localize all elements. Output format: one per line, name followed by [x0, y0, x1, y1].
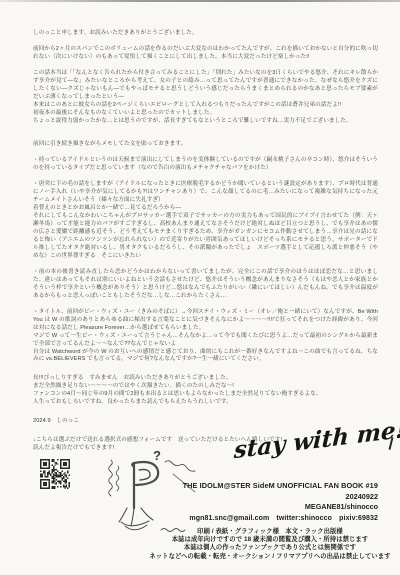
fanbook-date: 20240922 — [183, 492, 378, 501]
fanbook-title: THE IDOLM@STER SideM UNOFFICIAL FAN BOOK… — [183, 481, 378, 490]
afterword-text: しのっこと申します。お読みいただきありがとうございました。 前回から2ヶ月のスパ… — [33, 30, 378, 461]
colophon-notices: 印刷 / 表紙・グラフィック様 本文・ラック出版様 本誌は成年向けですので 18… — [140, 528, 400, 561]
memo-bullet: ・前の本の後書き読み直したら恋かどうかはわからないって書いてましたが、完全にこの… — [33, 269, 378, 301]
qr-code — [40, 459, 70, 489]
greeting-paragraph: しのっこと申します。お読みいただきありがとうございました。 — [33, 30, 378, 38]
memo-bullet: ・唐突に下の毛の話をしますが（アイドルになったときに医療脱毛するかどうか聞いてい… — [33, 181, 378, 261]
circle-credit: MEGANE81/shinocco — [189, 502, 378, 511]
contact-info: mgn81.snc@gmail.com twitter:shinocco pix… — [189, 513, 378, 523]
afterword-page: しのっこと申します。お読みいただきありがとうございました。 前回から2ヶ月のスパ… — [0, 0, 400, 575]
circle-meta: MEGANE81/shinocco mgn81.snc@gmail.com tw… — [189, 502, 378, 523]
closing-paragraph: 長!!!びっしりすぎる すみません お読みいただきありがとうございました。 まだ… — [33, 375, 378, 407]
question-mark: ? — [153, 448, 161, 463]
intro-paragraph: 前回から2ヶ月のスパンでこのボリュームの話を作るのだいぶ大変なのはわかってたんで… — [33, 46, 378, 62]
memo-bullet: ・タイトル、前回がビー・ウィズ・ユー（きみのそばに）→今回ステイ・ウィズ・ミー（… — [33, 309, 378, 365]
story-notes-paragraph: この話本当は「「なんとなく告られたから付き合ってみることにした」「別れた」みたい… — [33, 70, 378, 126]
scribble-note-right — [165, 461, 195, 471]
memo-intro: 前回に引き続き描きながらメモしてた文を貼っておきます。 — [33, 141, 378, 149]
notice-line: ネットなどへの転載・転売・オークション / フリマアプリへの出品は禁止しています — [140, 553, 400, 561]
scan-edge-artifact — [0, 0, 400, 2]
scribble-note-left — [109, 460, 113, 496]
notice-line: 本誌は個人の作ったファンブックであり公式とは無関係です — [140, 544, 400, 552]
fanbook-meta: THE IDOLM@STER SideM UNOFFICIAL FAN BOOK… — [183, 481, 378, 501]
memo-bullet: ・持っているアイドルというのは天候まで演出にしてしまうのを実体験しているのですが… — [33, 157, 378, 173]
print-credit: 印刷 / 表紙・グラフィック様 本文・ラック出版様 — [140, 528, 400, 536]
